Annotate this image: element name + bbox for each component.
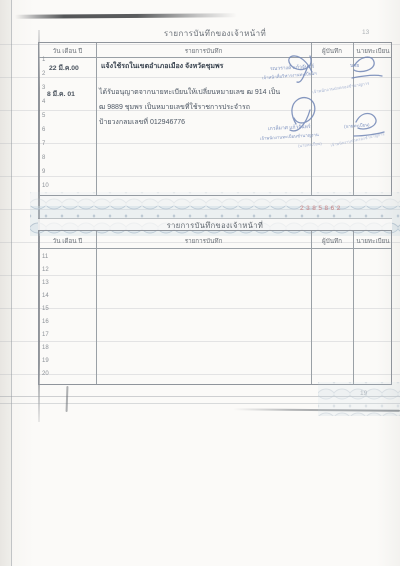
- row-number: 17: [42, 332, 49, 338]
- row-number: 6: [42, 127, 45, 133]
- row-number: 19: [42, 358, 49, 364]
- entry2-line2: ฒ 9889 ชุมพร เป็นหมายเลขที่ใช้ราชการประจ…: [99, 102, 250, 113]
- table2-header-registrar: นายทะเบียน: [353, 236, 393, 246]
- entry2-date: 8 มี.ค. 01: [47, 88, 75, 99]
- table2-col-divider: [353, 231, 354, 384]
- officials-record-table-2: วัน เดือน ปี รายการบันทึก ผู้บันทึก นายท…: [38, 230, 392, 385]
- row-number: 2: [42, 71, 45, 77]
- row-number: 20: [42, 371, 49, 377]
- row-number: 5: [42, 113, 45, 119]
- table2-header-date: วัน เดือน ปี: [39, 236, 96, 246]
- table2-col-divider: [311, 231, 312, 384]
- document-serial-number: 2385862: [300, 205, 343, 212]
- row-number: 10: [42, 183, 49, 189]
- row-number: 8: [42, 155, 45, 161]
- registrar1-prefix: นาย: [350, 62, 359, 70]
- table1-header-date: วัน เดือน ปี: [39, 46, 96, 56]
- page-number-top: 13: [362, 29, 369, 36]
- scanned-registration-page: รายการบันทึกของเจ้าหน้าที่ 13 วัน เดือน …: [0, 0, 400, 566]
- entry2-line1: ได้รับอนุญาตจากนายทะเบียนให้เปลี่ยนหมายเ…: [99, 87, 280, 98]
- row-number: 9: [42, 169, 45, 175]
- entry3-text: ป้ายวงกลมเลขที่ 012946776: [99, 117, 185, 128]
- row-number: 13: [42, 280, 49, 286]
- row-number: 15: [42, 306, 49, 312]
- guilloche-fragment-bottom: [318, 382, 400, 416]
- table2-header-rule: [39, 248, 391, 249]
- table1-title: รายการบันทึกของเจ้าหน้าที่: [38, 27, 392, 40]
- row-number: 11: [42, 254, 48, 260]
- row-number: 12: [42, 267, 49, 273]
- row-number: 4: [42, 99, 45, 105]
- table2-header-record: รายการบันทึก: [96, 236, 311, 246]
- row-number: 16: [42, 319, 49, 325]
- page-left-margin: [0, 0, 11, 566]
- row-number: 3: [42, 85, 45, 91]
- table1-col-divider: [96, 43, 97, 195]
- row-number: 7: [42, 141, 45, 147]
- row-number: 18: [42, 345, 49, 351]
- table2-col-divider: [96, 231, 97, 384]
- table2-header-recorder: ผู้บันทึก: [311, 236, 353, 246]
- entry1-text: แจ้งใช้รถในเขตอำเภอเมือง จังหวัดชุมพร: [101, 61, 223, 72]
- row-number: 1: [42, 57, 45, 63]
- row-number: 14: [42, 293, 49, 299]
- page-edge-line: [11, 0, 12, 566]
- entry1-date: 22 มี.ค.00: [49, 62, 79, 73]
